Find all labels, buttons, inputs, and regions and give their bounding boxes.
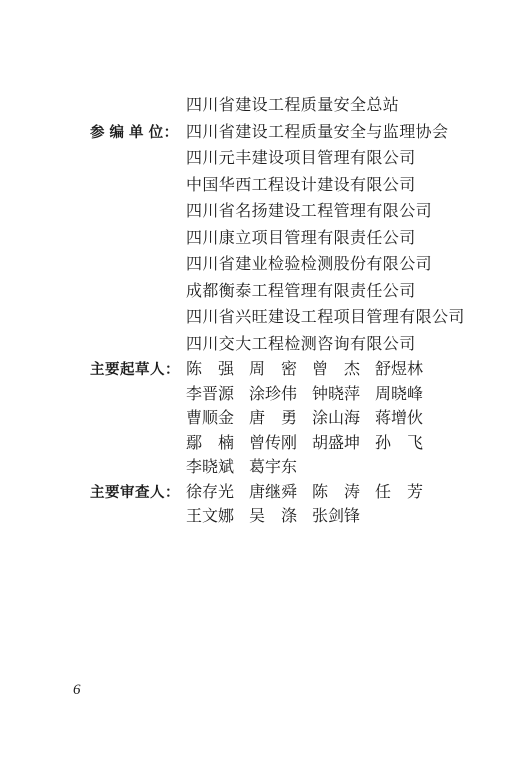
organization-line: 四川交大工程检测咨询有限公司 (186, 332, 465, 359)
reviewer-name-row: 王文娜 吴 涤 张剑锋 (186, 505, 465, 530)
drafter-name-row: 李晋源 涂珍伟 钟晓萍 周晓峰 (186, 383, 465, 408)
page-number: 6 (73, 682, 81, 699)
reviewer-name: 王文娜 (186, 505, 234, 530)
drafter-name-row: 李晓斌 葛宇东 (186, 456, 465, 481)
drafter-name: 李晓斌 (186, 456, 234, 481)
drafter-name-row: 鄢 楠 曾传刚 胡盛坤 孙 飞 (186, 432, 465, 457)
drafter-name: 鄢 楠 (186, 432, 234, 457)
reviewer-name: 徐存光 (186, 481, 234, 506)
drafter-name: 涂珍伟 (249, 383, 297, 408)
drafter-name: 陈 强 (186, 358, 234, 383)
drafters-section: 主要起草人： 陈 强 周 密 曾 杰 舒煜林 李晋源 涂珍伟 钟晓萍 周晓峰 曹… (90, 358, 465, 481)
drafter-name: 唐 勇 (249, 407, 297, 432)
lead-unit-line: 四川省建设工程质量安全总站 (186, 93, 465, 120)
drafter-name: 胡盛坤 (312, 432, 360, 457)
reviewer-name: 唐继舜 (249, 481, 297, 506)
drafter-name: 曾 杰 (312, 358, 360, 383)
drafter-name-row: 曹顺金 唐 勇 涂山海 蒋增伙 (186, 407, 465, 432)
drafter-name: 李晋源 (186, 383, 234, 408)
drafter-name: 周 密 (249, 358, 297, 383)
drafter-name: 钟晓萍 (312, 383, 360, 408)
reviewer-name: 任 芳 (375, 481, 423, 506)
drafter-name: 孙 飞 (375, 432, 423, 457)
drafter-name: 曹顺金 (186, 407, 234, 432)
drafter-name-row: 陈 强 周 密 曾 杰 舒煜林 (186, 358, 465, 383)
organization-line: 四川元丰建设项目管理有限公司 (186, 146, 465, 173)
drafter-name: 曾传刚 (249, 432, 297, 457)
lead-unit-continuation-row: 四川省建设工程质量安全总站 (90, 93, 465, 120)
reviewer-name: 陈 涛 (312, 481, 360, 506)
organization-line: 四川省建业检验检测股份有限公司 (186, 252, 465, 279)
reviewer-name-row: 徐存光 唐继舜 陈 涛 任 芳 (186, 481, 465, 506)
drafter-name: 周晓峰 (375, 383, 423, 408)
document-page: 四川省建设工程质量安全总站 参 编 单 位： 四川省建设工程质量安全与监理协会 … (0, 0, 529, 767)
organization-line: 四川省名扬建设工程管理有限公司 (186, 199, 465, 226)
organization-line: 四川省兴旺建设工程项目管理有限公司 (186, 305, 465, 332)
co-editors-label: 参 编 单 位： (90, 120, 186, 147)
reviewers-label: 主要审查人： (90, 481, 186, 506)
reviewer-name: 张剑锋 (312, 505, 360, 530)
page-content: 四川省建设工程质量安全总站 参 编 单 位： 四川省建设工程质量安全与监理协会 … (90, 93, 465, 530)
drafter-name: 涂山海 (312, 407, 360, 432)
organization-line: 中国华西工程设计建设有限公司 (186, 173, 465, 200)
co-editors-section: 参 编 单 位： 四川省建设工程质量安全与监理协会 四川元丰建设项目管理有限公司… (90, 120, 465, 359)
drafter-name: 葛宇东 (249, 456, 297, 481)
drafters-label: 主要起草人： (90, 358, 186, 383)
organization-line: 四川省建设工程质量安全与监理协会 (186, 120, 465, 147)
organization-line: 成都衡泰工程管理有限责任公司 (186, 279, 465, 306)
drafter-name: 舒煜林 (375, 358, 423, 383)
drafter-name: 蒋增伙 (375, 407, 423, 432)
reviewer-name: 吴 涤 (249, 505, 297, 530)
organization-line: 四川康立项目管理有限责任公司 (186, 226, 465, 253)
reviewers-section: 主要审查人： 徐存光 唐继舜 陈 涛 任 芳 王文娜 吴 涤 张剑锋 (90, 481, 465, 530)
